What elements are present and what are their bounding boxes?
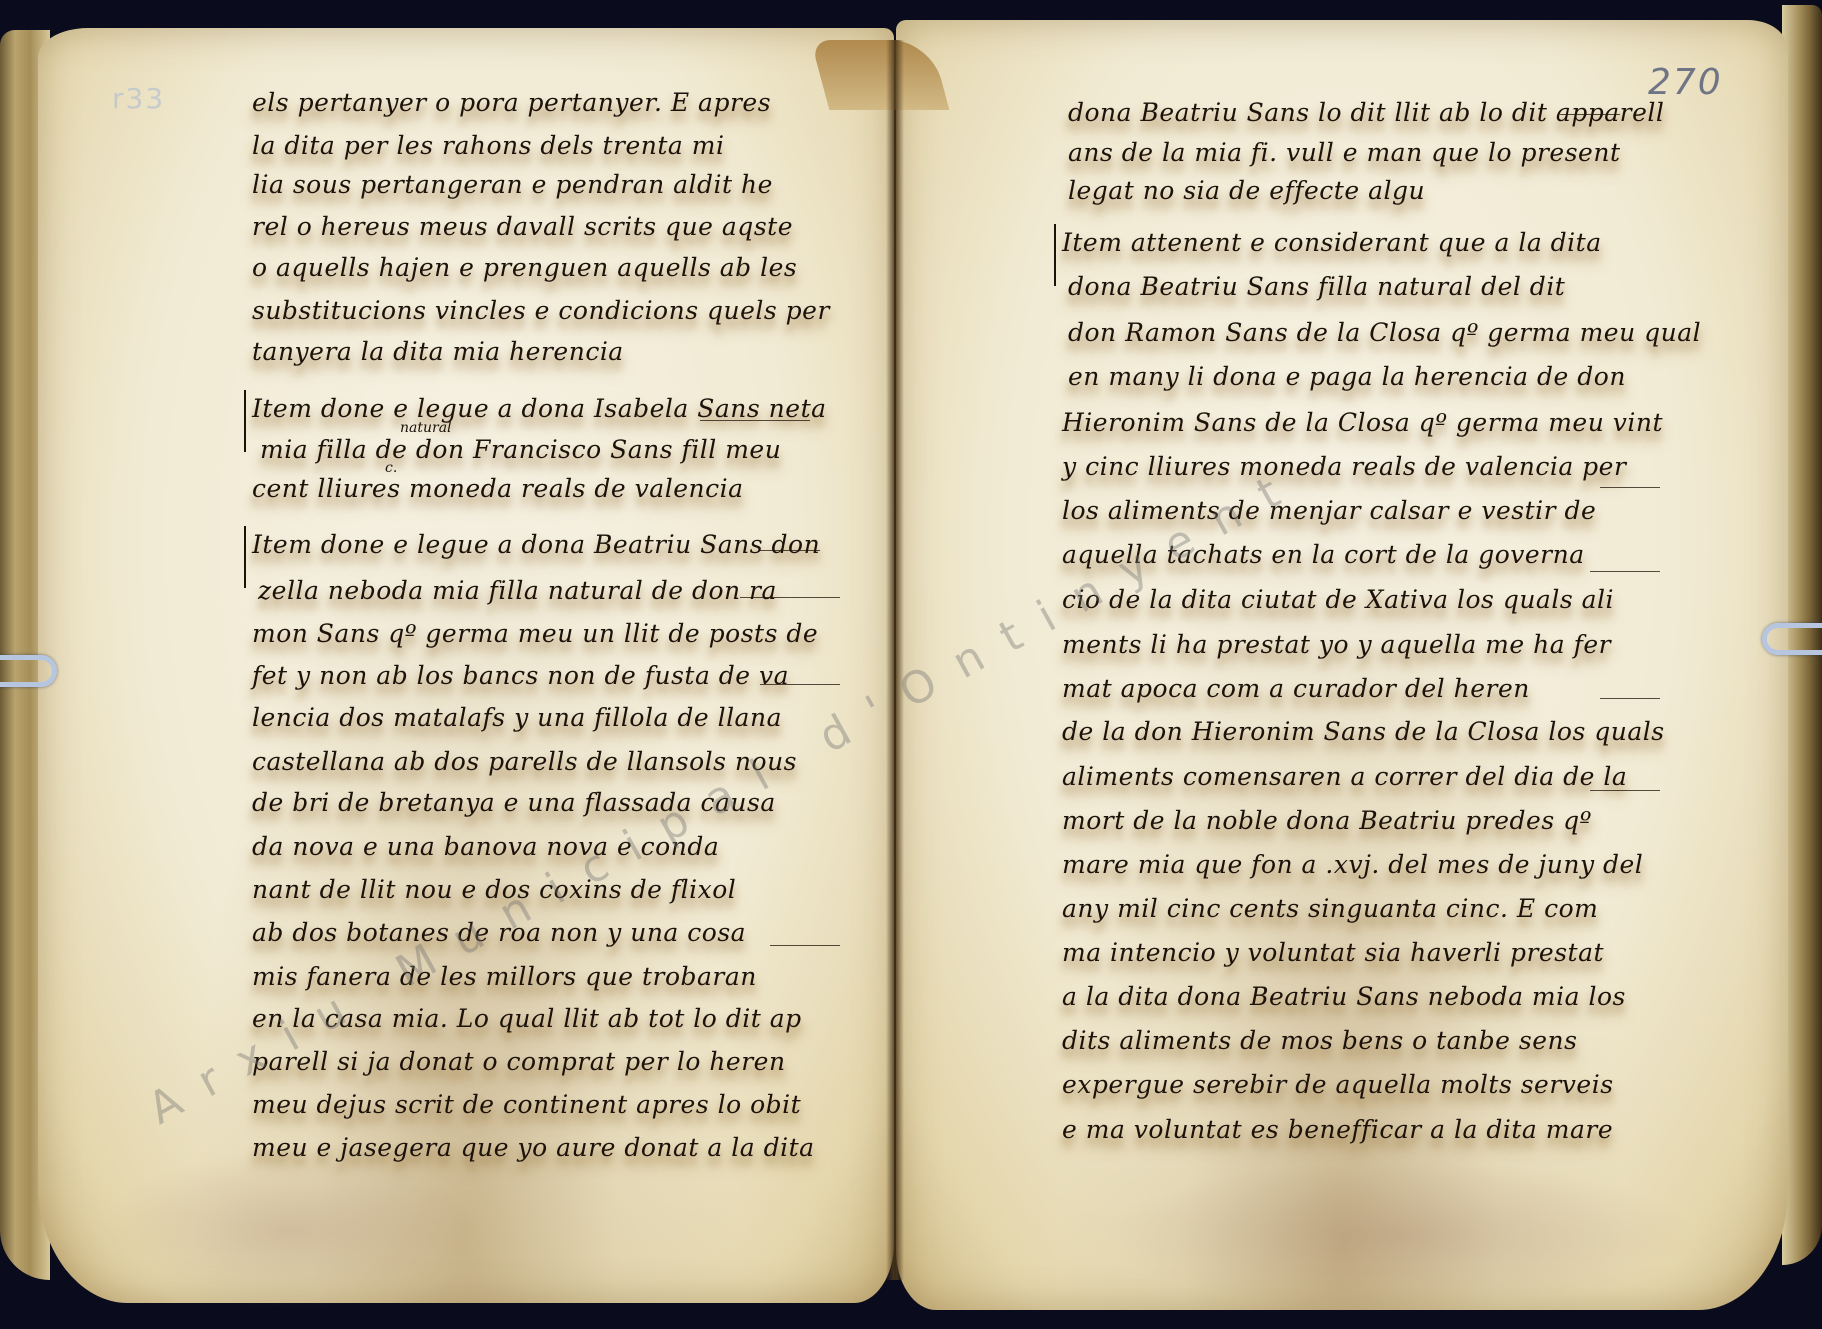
manuscript-line: mort de la noble dona Beatriu predes qº <box>1062 806 1592 835</box>
line-filler-stroke <box>760 684 840 685</box>
manuscript-line-item: Item done e legue a dona Beatriu Sans do… <box>252 530 820 559</box>
water-stain <box>100 1150 480 1310</box>
manuscript-line: ments li ha prestat yo y aquella me ha f… <box>1062 630 1611 659</box>
manuscript-line: dona Beatriu Sans filla natural del dit <box>1068 272 1565 301</box>
line-filler-stroke <box>700 420 810 421</box>
line-filler-stroke <box>1590 790 1660 791</box>
manuscript-line: dits aliments de mos bens o tanbe sens <box>1062 1026 1577 1055</box>
manuscript-line: los aliments de menjar calsar e vestir d… <box>1062 496 1596 525</box>
manuscript-line: mia filla de don Francisco Sans fill meu <box>260 435 781 464</box>
manuscript-line: meu dejus scrit de continent apres lo ob… <box>252 1090 801 1119</box>
manuscript-line-item: Item done e legue a dona Isabela Sans ne… <box>252 394 827 423</box>
manuscript-line: cent lliures moneda reals de valencia <box>252 474 744 503</box>
manuscript-line: dona Beatriu Sans lo dit llit ab lo dit … <box>1068 98 1664 127</box>
manuscript-line: mon Sans qº germa meu un llit de posts d… <box>252 619 818 648</box>
manuscript-line: mat apoca com a curador del heren <box>1062 674 1530 703</box>
line-filler-stroke <box>740 597 840 598</box>
line-filler-stroke <box>770 945 840 946</box>
manuscript-line: aliments comensaren a correr del dia de … <box>1062 762 1627 791</box>
water-stain <box>1100 1160 1700 1310</box>
line-filler-stroke <box>1560 114 1620 115</box>
manuscript-line-item: Item attenent e considerant que a la dit… <box>1062 228 1602 257</box>
paper-clip-right <box>1762 623 1822 655</box>
manuscript-line: lencia dos matalafs y una fillola de lla… <box>252 703 782 732</box>
manuscript-line: any mil cinc cents singuanta cinc. E com <box>1062 894 1598 923</box>
manuscript-line: en many li dona e paga la herencia de do… <box>1068 362 1626 391</box>
manuscript-line: tanyera la dita mia herencia <box>252 337 624 366</box>
open-manuscript-book: r33 270 els pertanyer o pora pertanyer. … <box>0 0 1822 1329</box>
manuscript-line: ans de la mia fi. vull e man que lo pres… <box>1068 138 1621 167</box>
manuscript-line: de la don Hieronim Sans de la Closa los … <box>1062 717 1665 746</box>
interlinear-insertion: natural <box>400 420 452 436</box>
line-filler-stroke <box>1600 487 1660 488</box>
line-filler-stroke <box>1600 698 1660 699</box>
manuscript-line: expergue serebir de aquella molts servei… <box>1062 1070 1614 1099</box>
manuscript-line: parell si ja donat o comprat per lo here… <box>252 1047 786 1076</box>
manuscript-line: zella neboda mia filla natural de don ra <box>258 576 777 605</box>
manuscript-line: e ma voluntat es benefficar a la dita ma… <box>1062 1115 1613 1144</box>
manuscript-line: Hieronim Sans de la Closa qº germa meu v… <box>1062 408 1663 437</box>
line-filler-stroke <box>760 550 820 551</box>
manuscript-line: don Ramon Sans de la Closa qº germa meu … <box>1068 318 1701 347</box>
manuscript-line: a la dita dona Beatriu Sans neboda mia l… <box>1062 982 1626 1011</box>
manuscript-line: meu e jasegera que yo aure donat a la di… <box>252 1133 815 1162</box>
manuscript-line: rel o hereus meus davall scrits que aqst… <box>252 212 793 241</box>
book-gutter <box>886 40 904 1280</box>
manuscript-line: y cinc lliures moneda reals de valencia … <box>1062 452 1626 481</box>
paper-clip-left <box>0 655 57 687</box>
manuscript-line: legat no sia de effecte algu <box>1068 176 1425 205</box>
manuscript-line: lia sous pertangeran e pendran aldit he <box>252 170 773 199</box>
folio-number: 270 <box>1648 62 1723 103</box>
manuscript-line: els pertanyer o pora pertanyer. E apres <box>252 88 771 117</box>
manuscript-line: la dita per les rahons dels trenta mi <box>252 131 724 160</box>
manuscript-line: substitucions vincles e condicions quels… <box>252 296 830 325</box>
manuscript-line: o aquells hajen e prenguen aquells ab le… <box>252 253 797 282</box>
manuscript-line: ma intencio y voluntat sia haverli prest… <box>1062 938 1604 967</box>
faint-pencil-mark: r33 <box>112 82 165 115</box>
line-filler-stroke <box>1590 571 1660 572</box>
manuscript-line: mare mia que fon a .xvj. del mes de juny… <box>1062 850 1643 879</box>
manuscript-line: fet y non ab los bancs non de fusta de v… <box>252 661 789 690</box>
